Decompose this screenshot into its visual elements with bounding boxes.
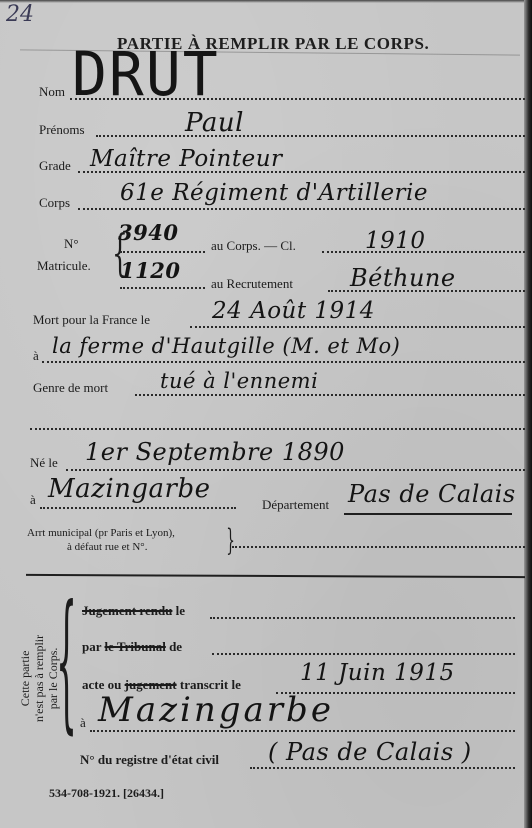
- registre-label: N° du registre d'état civil: [80, 752, 219, 768]
- naissance-lieu-leader: [40, 507, 236, 509]
- tribunal-label-rest: de: [169, 639, 182, 654]
- departement-value: Pas de Calais: [348, 480, 516, 508]
- jugement-leader: [210, 617, 515, 619]
- mort-date-value: 24 Août 1914: [212, 298, 375, 324]
- lower-section-brace: {: [56, 586, 77, 736]
- prenoms-label: Prénoms: [39, 122, 85, 138]
- tribunal-leader: [212, 653, 515, 655]
- classe-value: 1910: [365, 228, 426, 254]
- corps-number-leader: [120, 251, 205, 253]
- naissance-label: Né le: [30, 455, 58, 471]
- jugement-label: Jugement rendu le: [82, 603, 185, 619]
- transcription-lieu-label: à: [80, 715, 86, 731]
- footer-print-code: 534-708-1921. [26434.]: [49, 786, 164, 801]
- mort-date-leader: [190, 326, 525, 328]
- grade-leader: [78, 171, 525, 173]
- genre-leader: [135, 394, 525, 396]
- record-card: 24 PARTIE À REMPLIR PAR LE CORPS. Nom DR…: [0, 0, 532, 828]
- corps-value: 61e Régiment d'Artillerie: [120, 180, 428, 206]
- matricule-label: Matricule.: [37, 258, 91, 274]
- corps-number-value: 3940: [118, 220, 178, 245]
- prenoms-leader: [96, 135, 525, 137]
- tribunal-label: par le Tribunal de: [82, 639, 182, 655]
- side-note-line-2: n'est pas à remplir: [32, 635, 46, 722]
- grade-label: Grade: [39, 158, 71, 174]
- scan-right-edge: [524, 0, 532, 828]
- naissance-date-value: 1er Septembre 1890: [85, 438, 345, 466]
- recrutement-number-leader: [120, 287, 205, 289]
- genre-value: tué à l'ennemi: [160, 369, 318, 393]
- recrutement-value: Béthune: [350, 264, 456, 292]
- blank-leader: [30, 428, 525, 430]
- departement-label: Département: [262, 497, 329, 513]
- tribunal-label-struck: le Tribunal: [105, 639, 166, 654]
- arrondissement-leader: [232, 546, 525, 548]
- section-separator: [26, 574, 525, 578]
- prenoms-value: Paul: [185, 108, 244, 138]
- transcription-date-value: 11 Juin 1915: [300, 660, 455, 686]
- departement-underline: [344, 513, 512, 515]
- corner-annotation: 24: [6, 2, 34, 27]
- side-note-line-1: Cette partie: [18, 635, 32, 722]
- transcription-lieu-value: Mazingarbe: [98, 690, 334, 730]
- nom-leader: [70, 98, 525, 100]
- genre-label: Genre de mort: [33, 380, 108, 396]
- registre-leader: [250, 767, 515, 769]
- mort-label: Mort pour la France le: [33, 312, 150, 328]
- arrondissement-label-2: à défaut rue et N°.: [67, 541, 147, 553]
- naissance-date-leader: [66, 469, 525, 471]
- matricule-label-no: N°: [64, 236, 79, 252]
- mort-lieu-value: la ferme d'Hautgille (M. et Mo): [52, 334, 400, 358]
- jugement-label-struck: Jugement rendu: [82, 603, 172, 618]
- arrondissement-brace: }: [226, 526, 235, 556]
- mort-lieu-label: à: [33, 348, 39, 364]
- corps-label: Corps: [39, 195, 70, 211]
- corps-leader: [78, 208, 525, 210]
- mort-lieu-leader: [42, 361, 525, 363]
- recrutement-number-value: 1120: [120, 258, 180, 283]
- naissance-lieu-value: Mazingarbe: [48, 474, 211, 504]
- registre-value: ( Pas de Calais ): [268, 738, 472, 766]
- naissance-lieu-label: à: [30, 492, 36, 508]
- nom-label: Nom: [39, 84, 65, 100]
- grade-value: Maître Pointeur: [90, 146, 283, 172]
- recrutement-label: au Recrutement: [211, 276, 293, 292]
- corps-classe-label: au Corps. — Cl.: [211, 238, 296, 254]
- jugement-label-rest: le: [176, 603, 185, 618]
- scan-top-edge: [0, 0, 532, 3]
- side-note: Cette partie n'est pas à remplir par le …: [18, 635, 60, 722]
- transcription-lieu-leader: [90, 730, 515, 732]
- arrondissement-label-1: Arrt municipal (pr Paris et Lyon),: [27, 527, 175, 539]
- tribunal-label-pre: par: [82, 639, 101, 654]
